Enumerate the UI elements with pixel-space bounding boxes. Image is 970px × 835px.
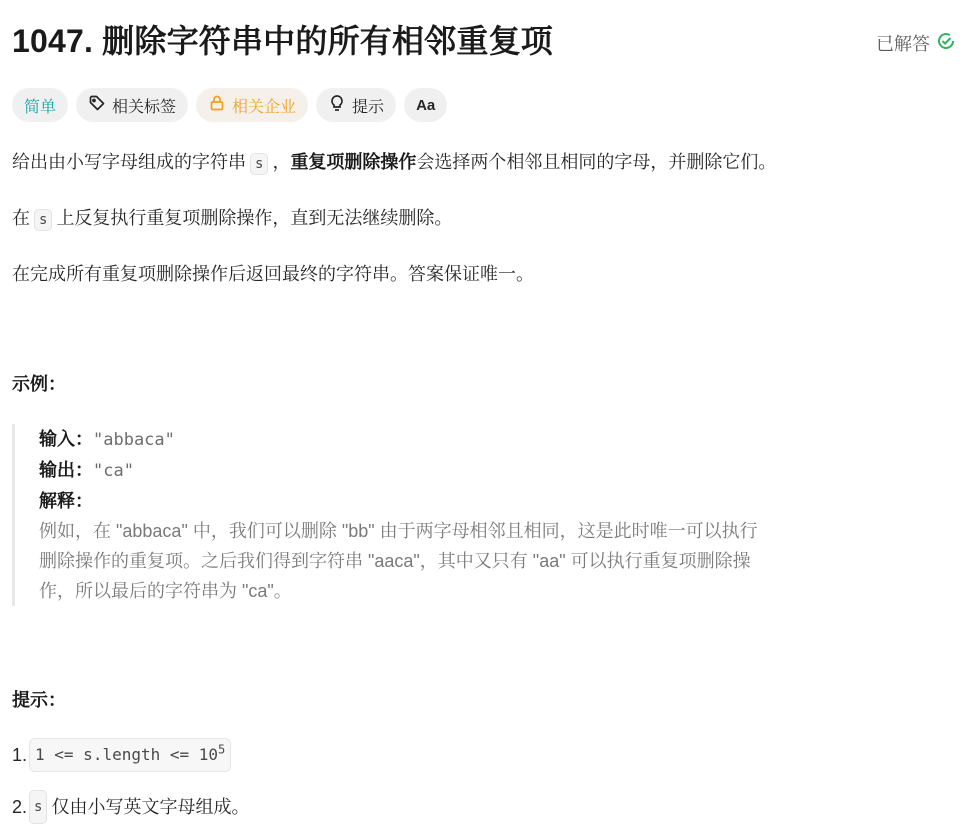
text: 上反复执行重复项删除操作，直到无法继续删除。 <box>56 208 452 228</box>
inline-code: s <box>34 209 52 231</box>
constraint-code: 1 <= s.length <= 105 <box>29 738 231 772</box>
description-paragraph-2: 在s上反复执行重复项删除操作，直到无法继续删除。 <box>12 204 452 234</box>
companies-label: 相关企业 <box>232 94 296 117</box>
constraint-item: 2. s 仅由小写英文字母组成。 <box>12 790 249 824</box>
explanation-label: 解释： <box>39 491 93 511</box>
input-label: 输入： <box>39 429 93 449</box>
bold-term: 重复项删除操作 <box>290 152 416 172</box>
item-number: 2. <box>12 793 27 821</box>
inline-code: s <box>250 153 268 175</box>
lightbulb-icon <box>328 94 346 117</box>
inline-code: s <box>29 790 47 824</box>
example-input: 输入："abbaca" <box>39 424 958 455</box>
output-value: "ca" <box>93 461 134 481</box>
text: 给出由小写字母组成的字符串 <box>12 152 246 172</box>
example-explanation: 解释： <box>39 486 958 516</box>
description-paragraph-3: 在完成所有重复项删除操作后返回最终的字符串。答案保证唯一。 <box>12 260 534 288</box>
description-paragraph-1: 给出由小写字母组成的字符串s，重复项删除操作会选择两个相邻且相同的字母，并删除它… <box>12 148 776 178</box>
title-row: 1047. 删除字符串中的所有相邻重复项 已解答 <box>12 18 956 64</box>
solved-label: 已解答 <box>876 30 930 56</box>
example-output: 输出："ca" <box>39 455 958 486</box>
tag-icon <box>88 94 106 117</box>
explanation-line-3: 作，所以最后的字符串为 "ca"。 <box>39 576 958 606</box>
text: 在 <box>12 208 30 228</box>
constraints-heading: 提示： <box>12 686 66 714</box>
code-text: 1 <= s.length <= 10 <box>35 745 218 764</box>
solved-status: 已解答 <box>876 30 956 56</box>
font-translate-icon: Aa <box>416 97 435 114</box>
text: 会选择两个相邻且相同的字母，并删除它们。 <box>416 152 776 172</box>
hints-label: 提示 <box>352 94 384 117</box>
font-size-button[interactable]: Aa <box>404 88 447 122</box>
companies-button[interactable]: 相关企业 <box>196 88 308 122</box>
difficulty-badge[interactable]: 简单 <box>12 88 68 122</box>
item-number: 1. <box>12 741 27 769</box>
topics-label: 相关标签 <box>112 94 176 117</box>
lock-icon <box>208 94 226 117</box>
constraint-item: 1. 1 <= s.length <= 105 <box>12 738 231 772</box>
topics-button[interactable]: 相关标签 <box>76 88 188 122</box>
problem-title: 1047. 删除字符串中的所有相邻重复项 <box>12 18 956 64</box>
text: ， <box>272 152 290 172</box>
tag-bar: 简单 相关标签 相关企业 提示 Aa <box>12 88 447 122</box>
check-circle-icon <box>936 31 956 56</box>
exponent: 5 <box>218 743 225 757</box>
output-label: 输出： <box>39 460 93 480</box>
explanation-line-1: 例如，在 "abbaca" 中，我们可以删除 "bb" 由于两字母相邻且相同，这… <box>39 516 958 546</box>
example-block: 输入："abbaca" 输出："ca" 解释： 例如，在 "abbaca" 中，… <box>12 424 958 606</box>
hints-button[interactable]: 提示 <box>316 88 396 122</box>
example-heading: 示例： <box>12 370 66 398</box>
difficulty-label: 简单 <box>24 94 56 117</box>
input-value: "abbaca" <box>93 430 175 450</box>
explanation-line-2: 删除操作的重复项。之后我们得到字符串 "aaca"，其中又只有 "aa" 可以执… <box>39 546 958 576</box>
constraint-text: 仅由小写英文字母组成。 <box>51 793 249 821</box>
